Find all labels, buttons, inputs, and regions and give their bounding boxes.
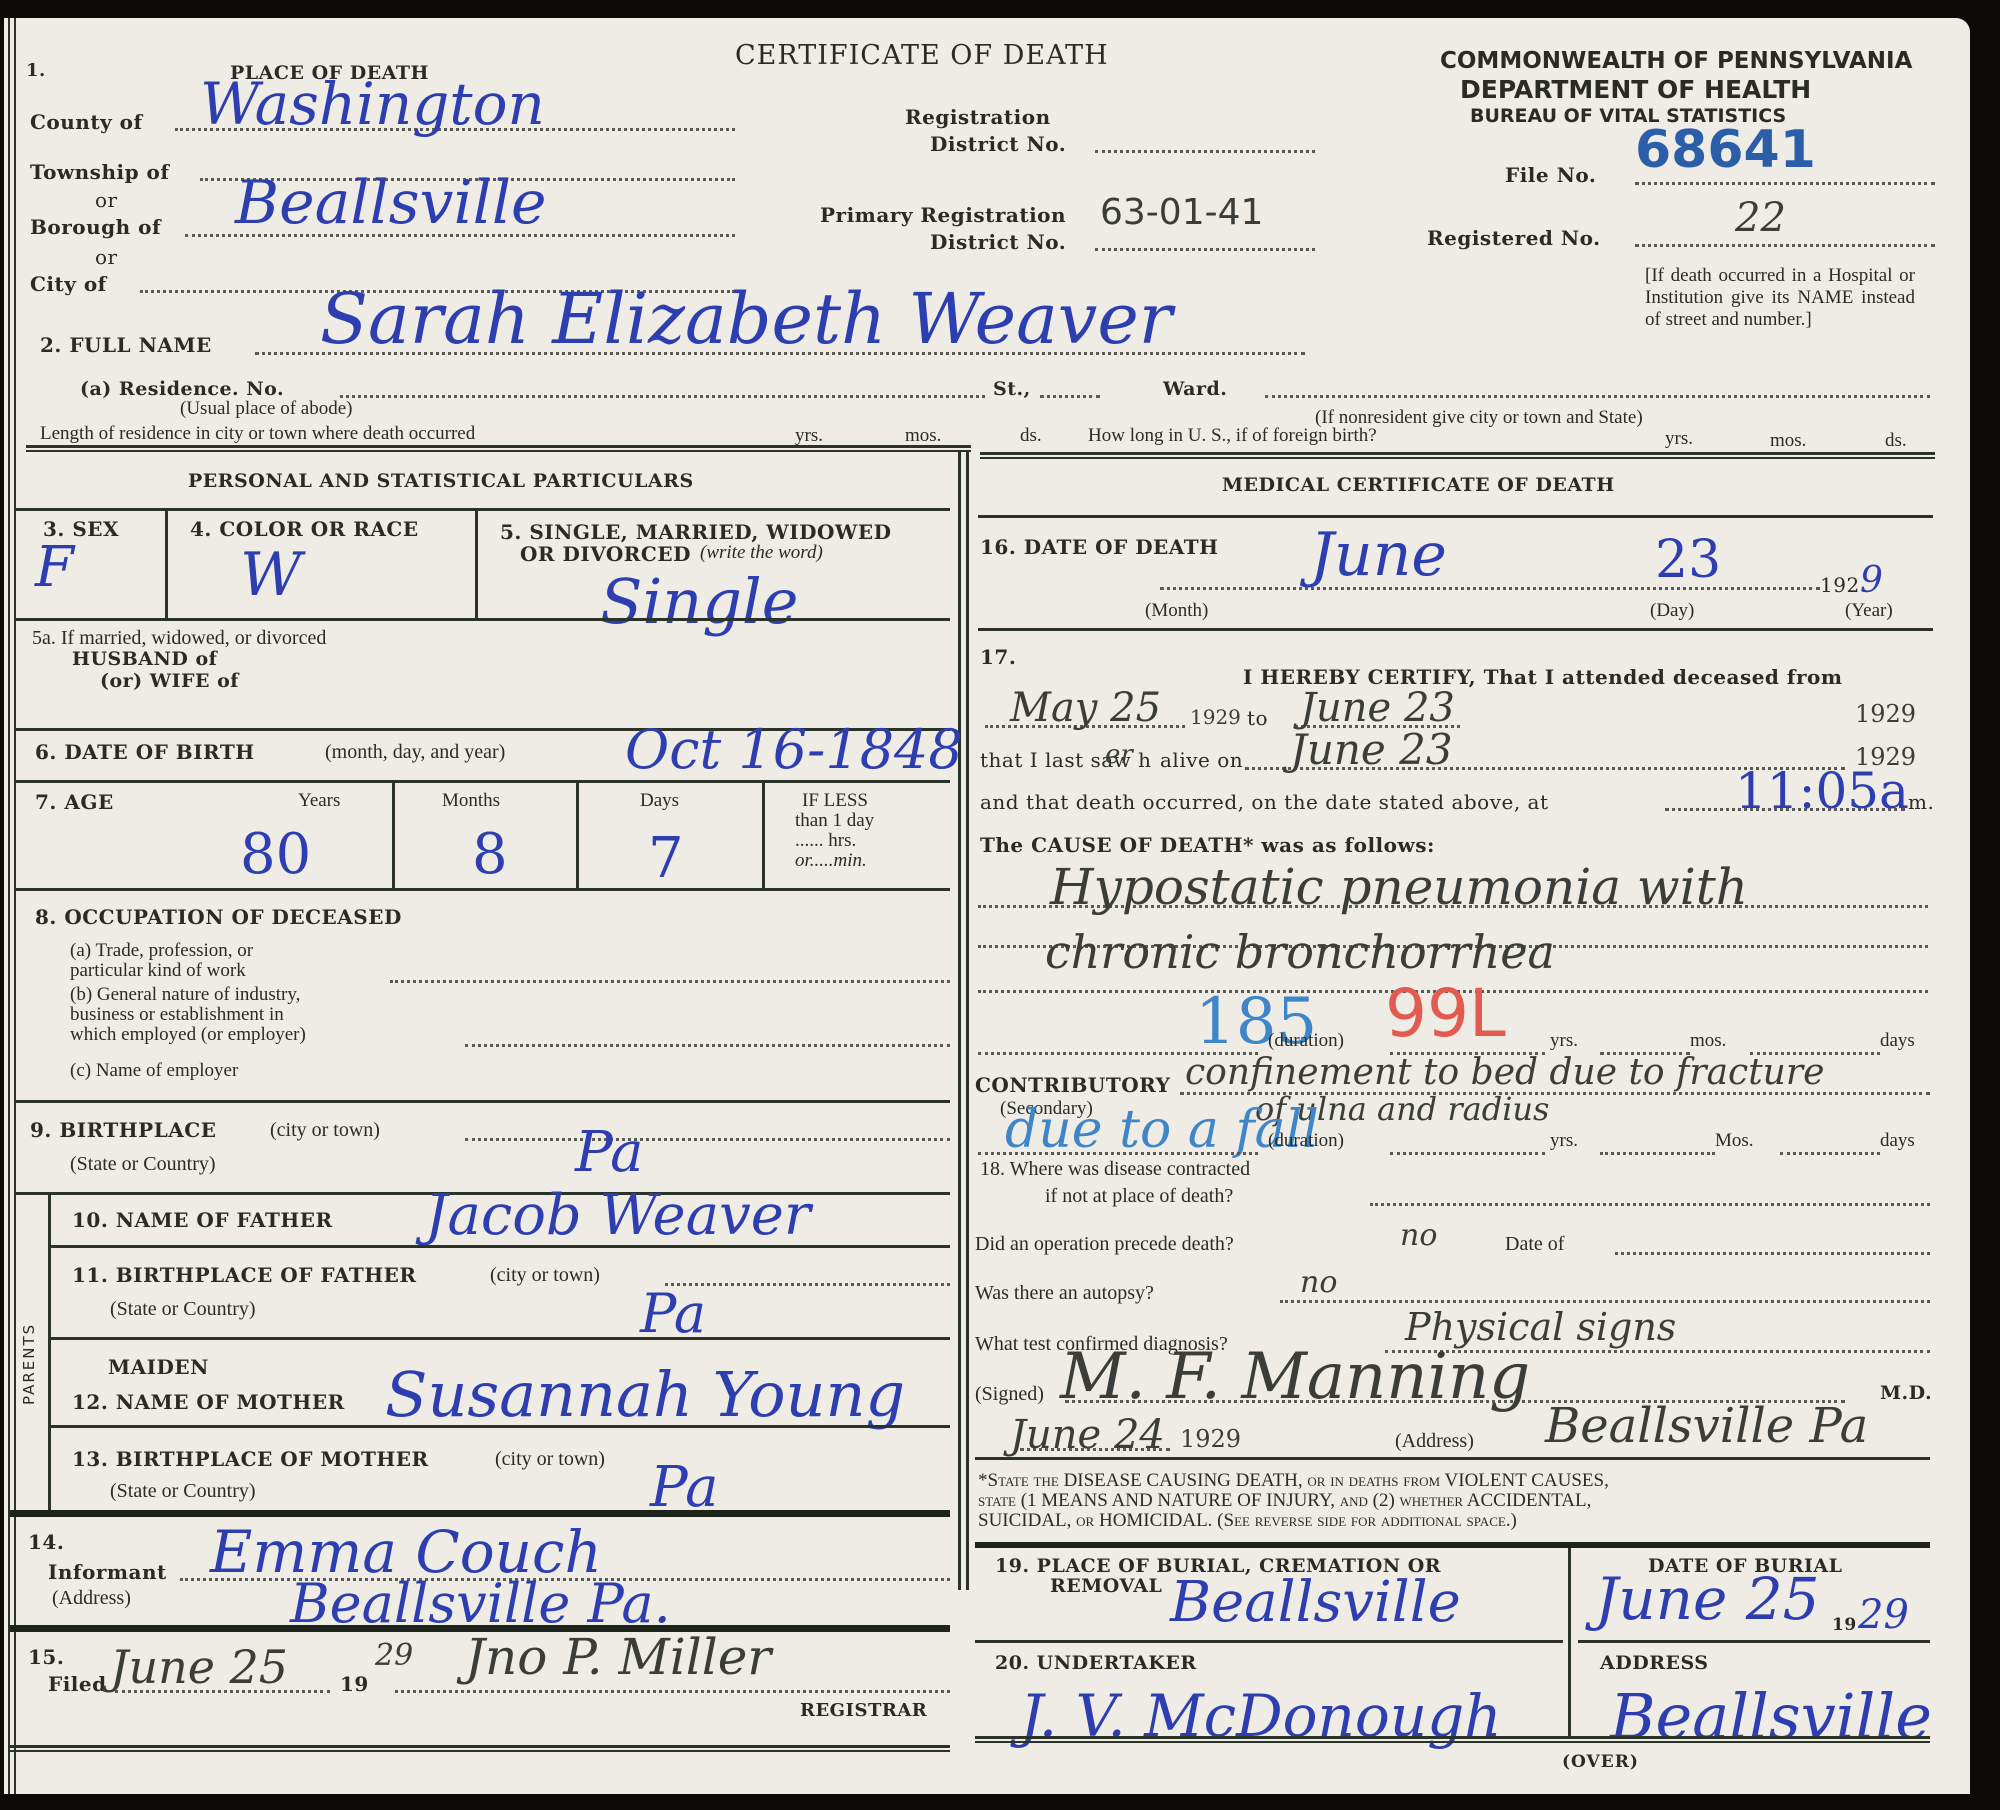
- months-label: Months: [442, 790, 500, 812]
- county-label: County of: [30, 110, 143, 134]
- last-saw-value[interactable]: June 23: [1290, 725, 1453, 774]
- footnote-3: SUICIDAL, or HOMICIDAL. (See reverse sid…: [978, 1510, 1517, 1532]
- dob-hint: (month, day, and year): [325, 741, 505, 764]
- rule: [50, 1425, 950, 1428]
- registration-district-label: District No.: [930, 132, 1066, 156]
- years-label: Years: [298, 790, 340, 812]
- alive-on-label: alive on: [1160, 748, 1243, 772]
- day-hint: (Day): [1650, 600, 1694, 622]
- rule: [975, 1457, 1930, 1460]
- registrar-signature[interactable]: Jno P. Miller: [465, 1628, 771, 1686]
- operation-value[interactable]: no: [1400, 1218, 1437, 1253]
- primary-registration-value[interactable]: 63-01-41: [1100, 192, 1263, 233]
- less-day-label-2: than 1 day: [795, 810, 874, 832]
- operation-date-line: [1615, 1252, 1930, 1255]
- or-label: or: [95, 245, 118, 269]
- residence-label: (a) Residence. No.: [80, 378, 284, 400]
- registered-no-label: Registered No.: [1427, 226, 1601, 250]
- month-hint: (Month): [1145, 600, 1208, 622]
- marital-label: 5. SINGLE, MARRIED, WIDOWED: [500, 520, 891, 544]
- occupation-b-label: (b) General nature of industry,: [70, 984, 300, 1006]
- age-days-value[interactable]: 7: [648, 826, 684, 891]
- father-birthplace-value[interactable]: Pa: [640, 1282, 706, 1345]
- spouse-label: 5a. If married, widowed, or divorced: [32, 627, 326, 650]
- husband-label: HUSBAND of: [72, 648, 217, 670]
- burial-date-value[interactable]: June 25: [1595, 1565, 1820, 1633]
- last-saw-pronoun[interactable]: er: [1105, 740, 1133, 770]
- autopsy-line: [1280, 1300, 1930, 1303]
- personal-heading: PERSONAL AND STATISTICAL PARTICULARS: [188, 470, 694, 492]
- autopsy-value[interactable]: no: [1300, 1265, 1337, 1300]
- registered-no-value[interactable]: 22: [1735, 195, 1786, 241]
- cell-divider: [475, 508, 478, 618]
- occupation-a-line: [390, 980, 950, 983]
- death-time-label: and that death occurred, on the date sta…: [980, 790, 1549, 814]
- section-number: 1.: [26, 60, 46, 81]
- cell-divider: [576, 780, 579, 890]
- registered-no-line: [1635, 244, 1935, 247]
- parents-divider: [48, 1192, 51, 1512]
- hrs-label: ...... hrs.: [795, 830, 856, 852]
- date-of-death-year[interactable]: 9: [1860, 560, 1883, 601]
- age-months-value[interactable]: 8: [472, 822, 508, 887]
- maiden-label: MAIDEN: [108, 1355, 209, 1379]
- bottom-rule: [10, 1745, 950, 1752]
- contributory-line-1[interactable]: confinement to bed due to fracture: [1185, 1052, 1824, 1093]
- rule: [50, 1245, 950, 1248]
- days-label: days: [1880, 1130, 1915, 1152]
- birthplace-hint: (city or town): [270, 1119, 380, 1142]
- file-no-line: [1635, 182, 1935, 185]
- state-country-label: (State or Country): [110, 1298, 256, 1321]
- signed-year-value[interactable]: 1929: [1180, 1425, 1241, 1453]
- mos-label: mos.: [1770, 430, 1806, 452]
- yrs-label: yrs.: [795, 425, 823, 447]
- filed-year-prefix: 19: [340, 1672, 369, 1696]
- file-no-label: File No.: [1505, 163, 1596, 187]
- header-divider: [980, 452, 1935, 459]
- attended-from-year[interactable]: 1929: [1190, 705, 1241, 729]
- agency-line-2: DEPARTMENT OF HEALTH: [1460, 75, 1811, 104]
- mos-label: Mos.: [1715, 1130, 1754, 1152]
- wife-label: (or) WIFE of: [100, 670, 239, 692]
- ward-line: [1265, 395, 1930, 398]
- mother-label: 12. NAME OF MOTHER: [72, 1390, 345, 1414]
- yrs-label: yrs.: [1550, 1030, 1578, 1052]
- year-hint: (Year): [1845, 600, 1893, 622]
- birthplace-value[interactable]: Pa: [575, 1120, 644, 1185]
- hospital-note: [If death occurred in a Hospital or Inst…: [1645, 265, 1915, 331]
- classification-code-red: 99L: [1385, 975, 1506, 1052]
- occupation-b-line: [465, 1044, 950, 1047]
- filed-number: 15.: [28, 1645, 64, 1669]
- date-of-death-day[interactable]: 23: [1655, 530, 1721, 590]
- occupation-a-label: (a) Trade, profession, or: [70, 940, 253, 962]
- agency-line-1: COMMONWEALTH OF PENNSYLVANIA: [1440, 48, 1912, 74]
- burial-year-value[interactable]: 29: [1858, 1592, 1909, 1638]
- undertaker-address-label: ADDRESS: [1600, 1652, 1709, 1674]
- yrs-label: yrs.: [1550, 1130, 1578, 1152]
- cell-divider: [762, 780, 765, 890]
- undertaker-label: 20. UNDERTAKER: [995, 1652, 1197, 1674]
- occupation-b-label-2: business or establishment in: [70, 1004, 284, 1026]
- ds-label: ds.: [1020, 425, 1042, 447]
- occupation-a-label-2: particular kind of work: [70, 960, 246, 982]
- less-day-label: IF LESS: [802, 790, 868, 812]
- operation-date-label: Date of: [1505, 1233, 1564, 1256]
- certificate-title: CERTIFICATE OF DEATH: [735, 40, 1109, 71]
- disease-contracted-label: 18. Where was disease contracted: [980, 1158, 1250, 1181]
- duration-days-line: [1780, 1152, 1880, 1155]
- rule: [15, 888, 950, 891]
- dob-label: 6. DATE OF BIRTH: [35, 740, 255, 764]
- over-label: (OVER): [1562, 1752, 1639, 1772]
- full-name-value[interactable]: Sarah Elizabeth Weaver: [320, 278, 1172, 360]
- father-birthplace-label: 11. BIRTHPLACE OF FATHER: [72, 1263, 417, 1287]
- mos-label: mos.: [905, 425, 941, 447]
- burial-year-prefix: 19: [1832, 1615, 1857, 1635]
- cause-of-death-line-2[interactable]: chronic bronchorrhea: [1045, 925, 1555, 979]
- primary-district-label: District No.: [930, 230, 1066, 254]
- rule: [975, 1640, 1563, 1643]
- rule: [15, 780, 950, 783]
- filed-year-value[interactable]: 29: [375, 1638, 413, 1673]
- sex-value[interactable]: F: [35, 535, 74, 600]
- date-of-death-year-prefix: 192: [1820, 573, 1860, 597]
- duration-label: (duration): [1268, 1130, 1344, 1152]
- cell-divider: [392, 780, 395, 890]
- state-country-label: (State or Country): [110, 1480, 256, 1503]
- township-label: Township of: [30, 160, 169, 184]
- signed-date-value[interactable]: June 24: [1010, 1412, 1165, 1458]
- bottom-rule: [975, 1736, 1930, 1743]
- father-label: 10. NAME OF FATHER: [72, 1208, 333, 1232]
- birthplace-label: 9. BIRTHPLACE: [30, 1118, 216, 1142]
- marital-hint: (write the word): [700, 542, 823, 564]
- days-label: days: [1880, 1030, 1915, 1052]
- physician-address-value[interactable]: Beallsville Pa: [1545, 1398, 1868, 1454]
- attended-to-year[interactable]: 1929: [1855, 700, 1916, 728]
- cell-divider: [1568, 1548, 1571, 1736]
- mother-birthplace-label: 13. BIRTHPLACE OF MOTHER: [72, 1447, 429, 1471]
- occupation-label: 8. OCCUPATION OF DECEASED: [35, 905, 402, 929]
- marital-label-2: OR DIVORCED: [520, 542, 691, 566]
- informant-number: 14.: [28, 1530, 64, 1554]
- rule: [15, 508, 950, 511]
- duration-line: [978, 1152, 1258, 1155]
- left-border-line: [14, 18, 16, 1794]
- city-town-hint: (city or town): [490, 1264, 600, 1287]
- column-divider: [966, 452, 969, 1590]
- race-value[interactable]: W: [240, 540, 302, 610]
- informant-label: Informant: [48, 1560, 167, 1584]
- registration-district-line: [1095, 150, 1315, 153]
- father-value[interactable]: Jacob Weaver: [425, 1183, 811, 1248]
- thick-rule: [10, 1510, 950, 1517]
- footnote-1: *State the DISEASE CAUSING DEATH, or in …: [978, 1470, 1609, 1492]
- days-label: Days: [640, 790, 679, 812]
- father-birthplace-line: [665, 1283, 950, 1286]
- section-17-number: 17.: [980, 645, 1016, 669]
- filed-date-value[interactable]: June 25: [110, 1640, 288, 1694]
- duration-label: (duration): [1268, 1030, 1344, 1052]
- duration-yrs-line: [1390, 1152, 1545, 1155]
- physician-address-label: (Address): [1395, 1430, 1474, 1453]
- rule: [978, 628, 1933, 631]
- ds-label: ds.: [1885, 430, 1907, 452]
- header-divider: [26, 445, 971, 452]
- marital-value[interactable]: Single: [600, 565, 798, 638]
- column-divider: [958, 452, 961, 1590]
- foreign-birth-label: How long in U. S., if of foreign birth?: [1088, 425, 1377, 447]
- registrar-label: REGISTRAR: [800, 1700, 927, 1721]
- footnote-2: state (1 MEANS AND NATURE OF INJURY, and…: [978, 1490, 1591, 1512]
- parents-side-label: PARENTS: [20, 1323, 38, 1405]
- signed-label: (Signed): [975, 1383, 1044, 1406]
- county-value[interactable]: Washington: [200, 70, 545, 138]
- primary-district-line: [1095, 248, 1315, 251]
- race-label: 4. COLOR OR RACE: [190, 517, 419, 541]
- occupation-b-label-3: which employed (or employer): [70, 1024, 306, 1046]
- rule: [1578, 1640, 1930, 1643]
- informant-address-label: (Address): [52, 1587, 131, 1610]
- registration-label: Registration: [905, 105, 1051, 129]
- full-name-label: 2. FULL NAME: [40, 333, 212, 357]
- rule: [15, 1100, 950, 1103]
- death-time-suffix: m.: [1908, 790, 1934, 814]
- city-label: City of: [30, 272, 107, 296]
- autopsy-label: Was there an autopsy?: [975, 1282, 1154, 1305]
- cell-divider: [165, 508, 168, 618]
- primary-registration-label: Primary Registration: [820, 203, 1066, 227]
- registrar-line: [395, 1690, 950, 1693]
- borough-value[interactable]: Beallsville: [235, 168, 547, 238]
- rule: [978, 515, 1933, 518]
- birthplace-line: [465, 1138, 950, 1141]
- dob-value[interactable]: Oct 16-1848: [625, 718, 963, 781]
- mos-label: mos.: [1690, 1030, 1726, 1052]
- borough-label: Borough of: [30, 215, 161, 239]
- city-town-hint: (city or town): [495, 1448, 605, 1471]
- min-label: or.....min.: [795, 850, 867, 872]
- left-border-line: [8, 18, 10, 1794]
- date-of-death-month[interactable]: June: [1310, 520, 1447, 590]
- street-label: St.,: [993, 378, 1031, 400]
- usual-abode-hint: (Usual place of abode): [180, 398, 353, 420]
- state-country-label: (State or Country): [70, 1153, 216, 1176]
- attended-from-value[interactable]: May 25: [1010, 685, 1161, 731]
- physician-signature[interactable]: M. F. Manning: [1060, 1340, 1530, 1414]
- mother-value[interactable]: Susannah Young: [385, 1358, 905, 1431]
- contributory-label: CONTRIBUTORY: [975, 1073, 1170, 1097]
- employer-label: (c) Name of employer: [70, 1060, 238, 1082]
- md-label: M.D.: [1880, 1382, 1932, 1404]
- age-years-value[interactable]: 80: [240, 822, 311, 887]
- duration-mos-line: [1600, 1152, 1715, 1155]
- length-residence-label: Length of residence in city or town wher…: [40, 423, 475, 445]
- death-time-value[interactable]: 11:05a: [1735, 762, 1909, 820]
- or-label: or: [95, 188, 118, 212]
- burial-place-label-2: REMOVAL: [1050, 1575, 1162, 1597]
- disease-contracted-label-2: if not at place of death?: [1045, 1185, 1233, 1208]
- cause-of-death-label: The CAUSE OF DEATH* was as follows:: [980, 833, 1435, 857]
- rule: [15, 618, 950, 621]
- burial-place-value[interactable]: Beallsville: [1170, 1570, 1461, 1635]
- rule: [50, 1337, 950, 1340]
- ward-label: Ward.: [1163, 378, 1227, 400]
- yrs-label: yrs.: [1665, 428, 1693, 450]
- age-label: 7. AGE: [35, 790, 114, 814]
- operation-label: Did an operation precede death?: [975, 1233, 1234, 1256]
- cause-of-death-line-1[interactable]: Hypostatic pneumonia with: [1050, 858, 1748, 916]
- disease-contracted-line: [1370, 1203, 1930, 1206]
- date-of-death-label: 16. DATE OF DEATH: [980, 535, 1219, 559]
- to-label: to: [1247, 706, 1268, 730]
- file-no-stamp: 68641: [1635, 120, 1816, 180]
- street-line: [1040, 395, 1100, 398]
- filed-label: Filed: [48, 1672, 107, 1696]
- residence-line: [340, 395, 985, 398]
- medical-heading: MEDICAL CERTIFICATE OF DEATH: [1222, 474, 1615, 496]
- thick-rule: [975, 1542, 1930, 1548]
